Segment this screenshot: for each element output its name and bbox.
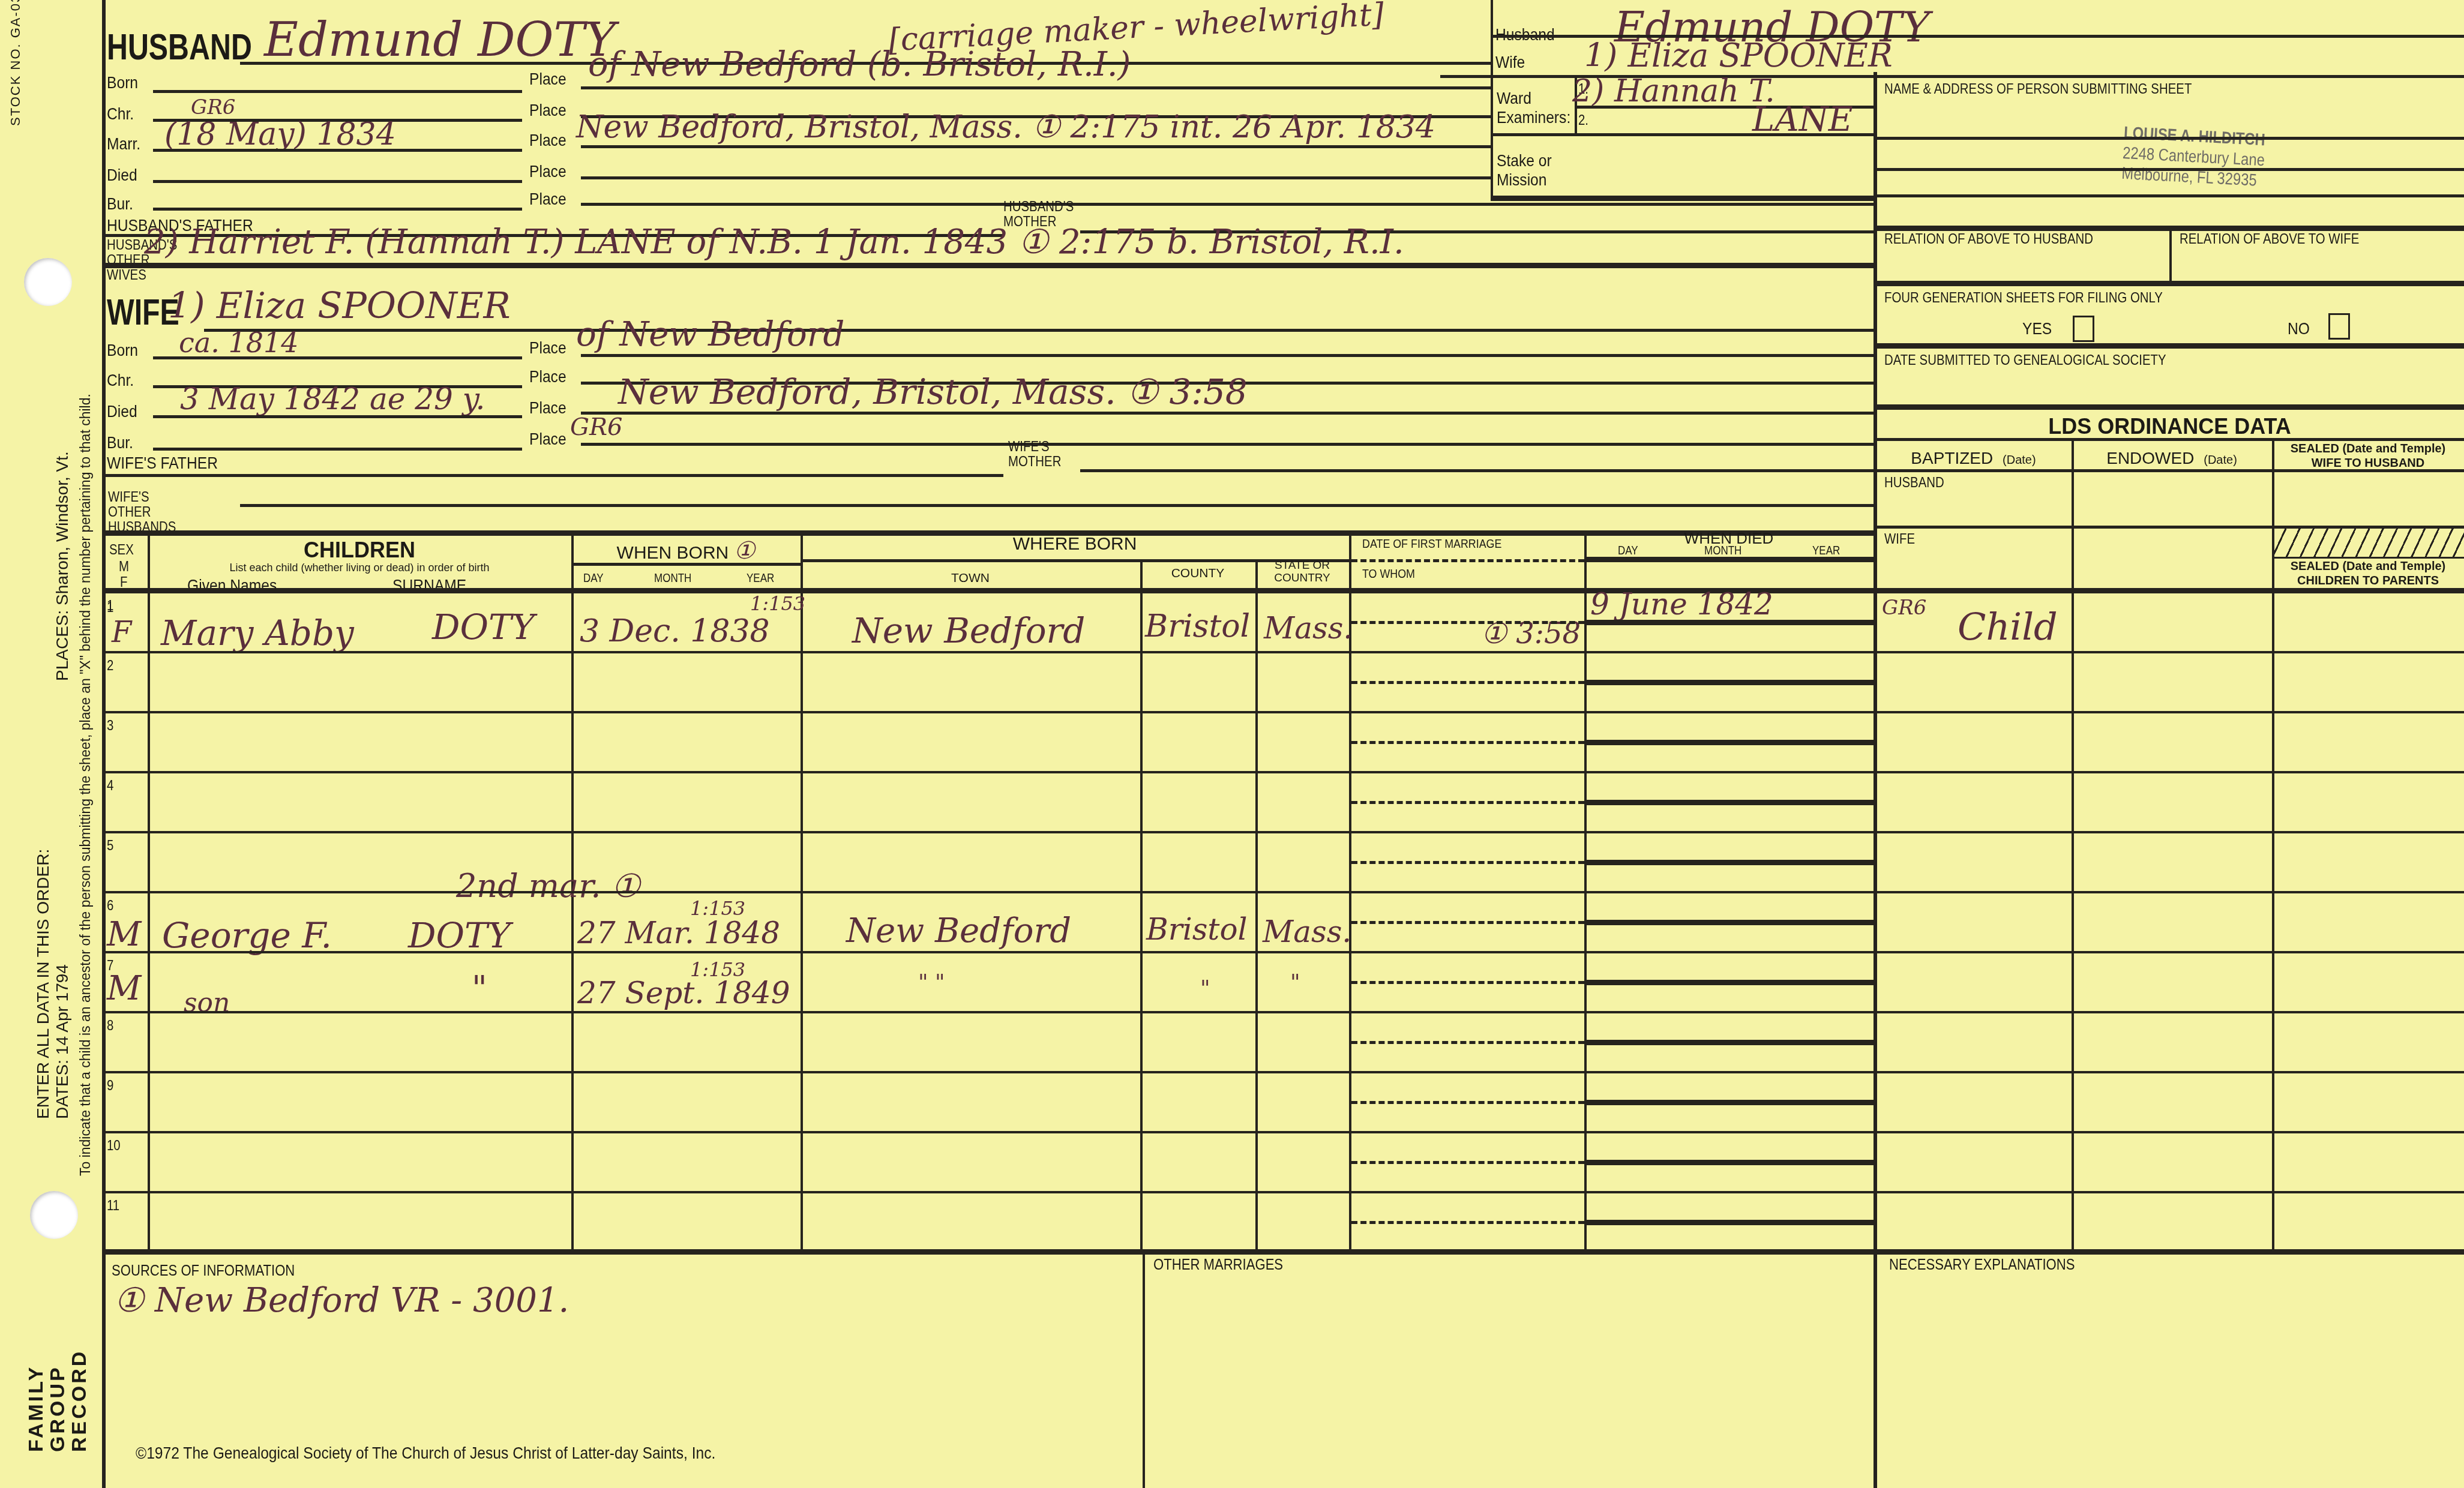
- husband-bur-place-line: [581, 203, 1874, 206]
- death-date-box-side: [1584, 771, 1587, 802]
- date-submitted-label: DATE SUBMITTED TO GENEALOGICAL SOCIETY: [1884, 353, 2166, 368]
- child-row-divider: [103, 711, 2464, 713]
- child-row-number: 10: [107, 1138, 121, 1153]
- county-label: COUNTY: [1140, 566, 1255, 581]
- when-died-line: [1584, 557, 1874, 562]
- wife-born-label: Born: [107, 342, 138, 359]
- wife-mother-label: WIFE'S MOTHER: [1008, 439, 1065, 469]
- endowed-header: ENDOWED (Date): [2072, 449, 2272, 468]
- death-date-box-line: [1584, 1160, 1874, 1165]
- child-sex[interactable]: F: [112, 618, 131, 647]
- wife-father-line: [103, 474, 1003, 477]
- baptized-header: BAPTIZED (Date): [1875, 449, 2072, 468]
- first-marriage-dash: [1351, 621, 1584, 624]
- examiner2-num: 2.: [1578, 113, 1588, 128]
- town-label: TOWN: [801, 571, 1140, 586]
- first-marriage-dash: [1351, 1161, 1584, 1164]
- form-title-line1: FAMILY: [25, 1349, 47, 1452]
- child-birth-date[interactable]: 27 Sept. 1849: [577, 978, 790, 1008]
- examiner2-line: [1491, 133, 1874, 136]
- relation-divider: [2169, 228, 2172, 283]
- husband-chr-label: Chr.: [107, 106, 134, 122]
- death-date-box-line: [1584, 680, 1874, 685]
- first-marriage-dash: [1351, 741, 1584, 744]
- county-col-divider: [1255, 561, 1258, 1251]
- death-date-box-line: [1584, 860, 1874, 865]
- lds-wife-label: WIFE: [1884, 532, 1915, 547]
- child-surname[interactable]: DOTY: [432, 610, 535, 644]
- child-given-names[interactable]: Mary Abby: [161, 616, 354, 650]
- child-row-divider: [103, 831, 2464, 833]
- baptized-date-label: (Date): [2003, 454, 2036, 467]
- wife-born-line: [153, 356, 522, 359]
- sealed-wh-header: SEALED (Date and Temple) WIFE TO HUSBAND: [2272, 442, 2464, 470]
- submitter-line1: [1875, 137, 2464, 140]
- husband-died-line: [153, 180, 522, 183]
- child-birth-state[interactable]: ": [1290, 972, 1300, 994]
- child-row-number: 1: [107, 598, 113, 613]
- wife-born-place-line: [581, 354, 1874, 357]
- child-surname[interactable]: DOTY: [408, 918, 511, 953]
- relation-wife-label: RELATION OF ABOVE TO WIFE: [2180, 232, 2359, 247]
- child-given-names[interactable]: George F.: [162, 918, 332, 953]
- husband-bur-line: [153, 208, 522, 211]
- child-row-divider: [103, 651, 2464, 653]
- child-surname[interactable]: ": [472, 972, 487, 1006]
- child-row-number: 2: [107, 658, 113, 673]
- when-born-line: [571, 563, 801, 566]
- husband-marr-label: Marr.: [107, 136, 140, 152]
- child-row-number: 5: [107, 838, 113, 853]
- wife-name-line: [204, 329, 1874, 332]
- child-birth-state[interactable]: Mass.: [1264, 613, 1353, 643]
- submitter-line2: [1875, 168, 2464, 171]
- husband-chr-place-label: Place: [529, 102, 566, 119]
- examiner2[interactable]: LANE: [1752, 103, 1853, 137]
- baptized-label: BAPTIZED: [1911, 449, 1993, 467]
- wife-bur-line: [153, 448, 522, 451]
- sex-label: SEX: [109, 542, 134, 557]
- places-example: PLACES: Sharon, Windsor, Vt.: [54, 451, 71, 681]
- info-wife-label: Wife: [1495, 54, 1525, 71]
- wife-other-husbands-line: [240, 504, 1874, 507]
- husband-marr-place-line: [581, 145, 1491, 148]
- died-month-label: MONTH: [1704, 545, 1741, 557]
- husband-died-label: Died: [107, 167, 137, 184]
- child-birth-town[interactable]: " ": [918, 972, 945, 994]
- children-header-bottom: [103, 588, 2464, 593]
- sealed-wh-label1: SEALED (Date and Temple): [2272, 442, 2464, 456]
- wife-died-place-line: [581, 412, 1874, 415]
- children-note: List each child (whether living or dead)…: [148, 562, 571, 574]
- sex-m-label: M: [119, 559, 129, 574]
- wife-bur-place[interactable]: GR6: [570, 415, 623, 439]
- death-date-box-side: [1584, 951, 1587, 982]
- death-date-box-side: [1584, 831, 1587, 862]
- form-title: FAMILY GROUP RECORD: [25, 1349, 90, 1452]
- death-date-box-line: [1584, 1220, 1874, 1225]
- child-sex[interactable]: M: [107, 972, 141, 1006]
- form-title-line3: RECORD: [68, 1349, 90, 1452]
- yes-label: YES: [2022, 320, 2052, 337]
- death-date-box-side: [1584, 711, 1587, 742]
- when-born-source-note: ①: [734, 537, 756, 565]
- town-col-divider: [1140, 561, 1143, 1251]
- child-birth-county[interactable]: ": [1200, 978, 1210, 1000]
- died-year-label: YEAR: [1812, 545, 1840, 557]
- husband-born-place[interactable]: of New Bedford (b. Bristol, R.I.): [588, 48, 1131, 82]
- no-checkbox[interactable]: [2328, 313, 2350, 340]
- lds-top: [1875, 404, 2464, 410]
- child-birth-ref: 1:153: [750, 594, 805, 613]
- children-heading: CHILDREN: [148, 538, 571, 563]
- ward-label: Ward: [1497, 90, 1531, 107]
- husband-born-place-line: [581, 86, 1491, 89]
- death-date-box-side: [1584, 1011, 1587, 1042]
- wife-died-line: [153, 415, 522, 418]
- explanations-label: NECESSARY EXPLANATIONS: [1889, 1256, 2075, 1273]
- death-date-box-side: [1584, 1071, 1587, 1102]
- four-gen-top: [1875, 281, 2464, 286]
- husband-born-line: [153, 90, 522, 93]
- sealed-cp-header: SEALED (Date and Temple) CHILDREN TO PAR…: [2272, 559, 2464, 588]
- dates-example: DATES: 14 Apr 1794: [54, 964, 71, 1119]
- yes-checkbox[interactable]: [2073, 316, 2094, 342]
- death-date-box-line: [1584, 740, 1874, 745]
- child-birth-date[interactable]: 3 Dec. 1838: [580, 616, 770, 647]
- submitter-label: NAME & ADDRESS OF PERSON SUBMITTING SHEE…: [1884, 82, 2192, 97]
- child-row-number: 9: [107, 1078, 113, 1093]
- copyright: ©1972 The Genealogical Society of The Ch…: [136, 1445, 715, 1462]
- child-birth-state[interactable]: Mass.: [1263, 917, 1351, 947]
- child-endowed[interactable]: Child: [1958, 608, 2058, 646]
- submitter-stamp: LOUISE A. HILDITCH 2248 Canterbury Lane …: [2121, 122, 2267, 191]
- first-marriage-label: DATE OF FIRST MARRIAGE: [1362, 538, 1501, 551]
- no-label: NO: [2288, 320, 2310, 337]
- child-row-number: 8: [107, 1018, 113, 1033]
- husband-heading: HUSBAND: [107, 29, 252, 66]
- form-title-line2: GROUP: [47, 1349, 68, 1452]
- child-death-date[interactable]: 9 June 1842: [1590, 589, 1773, 619]
- death-date-box-line: [1584, 920, 1874, 925]
- husband-born-place-label: Place: [529, 71, 566, 88]
- wife-born-place[interactable]: of New Bedford: [576, 318, 844, 352]
- sealed-cp-label1: SEALED (Date and Temple): [2272, 559, 2464, 574]
- when-born-header: WHEN BORN ①: [571, 539, 801, 563]
- husband-bur-place-label: Place: [529, 191, 566, 208]
- death-date-box-line: [1584, 620, 1874, 625]
- stake-label: Stake or: [1497, 152, 1552, 169]
- lds-title: LDS ORDINANCE DATA: [1875, 414, 2464, 439]
- first-marriage-dash: [1351, 1101, 1584, 1104]
- sources-label: SOURCES OF INFORMATION: [112, 1262, 295, 1279]
- child-row-divider: [103, 1191, 2464, 1193]
- husband-marr[interactable]: (18 May) 1834: [164, 119, 396, 150]
- other-marriages-divider: [1143, 1252, 1145, 1488]
- child-birth-county[interactable]: Bristol: [1145, 611, 1250, 642]
- state-label: STATE OR COUNTRY: [1255, 559, 1349, 584]
- four-gen-label: FOUR GENERATION SHEETS FOR FILING ONLY: [1884, 290, 2163, 305]
- wife-died-place-label: Place: [529, 400, 566, 416]
- child-row-number: 7: [107, 958, 113, 973]
- wife-chr-place-label: Place: [529, 368, 566, 385]
- wife-bur-place-line: [581, 443, 1874, 446]
- husband-chr[interactable]: GR6: [191, 97, 235, 118]
- death-date-box-side: [1584, 891, 1587, 922]
- wife-mother-line: [1080, 469, 1874, 472]
- death-date-box-side: [1584, 651, 1587, 682]
- husband-marr-line: [153, 149, 522, 152]
- first-marriage-dash: [1351, 1221, 1584, 1224]
- born-year-label: YEAR: [747, 572, 774, 585]
- husband-died-place-line: [581, 176, 1491, 179]
- examiner1[interactable]: 2) Hannah T.: [1572, 76, 1775, 107]
- husband-name[interactable]: Edmund DOTY: [264, 17, 616, 64]
- other-marriages-label: OTHER MARRIAGES: [1153, 1256, 1283, 1273]
- wife-name[interactable]: 1) Eliza SPOONER: [168, 288, 511, 324]
- wife-born-place-label: Place: [529, 340, 566, 356]
- child-row-number: 4: [107, 778, 113, 793]
- sealed-wh-label2: WIFE TO HUSBAND: [2272, 456, 2464, 470]
- wife-bur-place-label: Place: [529, 431, 566, 448]
- left-border: [102, 0, 106, 1488]
- hatch-bottom-line: [2272, 557, 2464, 559]
- endowed-date-label: (Date): [2204, 454, 2237, 467]
- lds-col-divider1: [2072, 438, 2074, 1251]
- child-row-divider: [103, 1071, 2464, 1073]
- first-marriage-dash: [1351, 981, 1584, 984]
- husband-bur-label: Bur.: [107, 196, 133, 212]
- child-birth-date[interactable]: 27 Mar. 1848: [577, 918, 780, 948]
- child-row-number: 3: [107, 718, 113, 733]
- death-date-box-line: [1584, 980, 1874, 985]
- death-date-box-side: [1584, 1191, 1587, 1222]
- death-date-box-side: [1584, 1131, 1587, 1162]
- state-label1: STATE OR: [1255, 559, 1349, 572]
- where-born-label: WHERE BORN: [801, 534, 1349, 554]
- punch-hole-top: [24, 258, 72, 306]
- punch-hole-bottom: [30, 1191, 78, 1239]
- when-born-label: WHEN BORN: [617, 543, 729, 563]
- husband-born-label: Born: [107, 74, 138, 91]
- wife-died[interactable]: 3 May 1842 ae 29 y.: [180, 384, 485, 414]
- sources-text[interactable]: ① New Bedford VR - 3001.: [114, 1284, 569, 1318]
- death-date-box-side: [1584, 591, 1587, 622]
- husband-marr-place-label: Place: [529, 132, 566, 149]
- wife-died-place[interactable]: New Bedford, Bristol, Mass. ① 3:58: [618, 374, 1248, 409]
- death-date-box-line: [1584, 1040, 1874, 1045]
- child-row-divider: [103, 1011, 2464, 1013]
- death-date-box-line: [1584, 1100, 1874, 1105]
- submitter-line3: [1875, 194, 2464, 197]
- child-baptized[interactable]: GR6: [1882, 598, 1926, 618]
- husband-died-place-label: Place: [529, 163, 566, 180]
- lds-title-line: [1875, 438, 2464, 441]
- first-marriage-dash: [1351, 681, 1584, 684]
- born-month-label: MONTH: [654, 572, 691, 585]
- enter-order-label: ENTER ALL DATA IN THIS ORDER:: [35, 849, 52, 1119]
- husband-section-divider: [103, 263, 1874, 268]
- first-marriage-dash: [1351, 1041, 1584, 1044]
- child-birth-county[interactable]: Bristol: [1146, 914, 1247, 944]
- row5-annotation: 2nd mar. ①: [456, 870, 640, 902]
- husband-marr-place[interactable]: New Bedford, Bristol, Mass. ① 2:175 int.…: [576, 112, 1435, 143]
- child-row-number: 6: [107, 898, 113, 913]
- examiners-label: Examiners:: [1497, 109, 1570, 126]
- death-date-box-line: [1584, 800, 1874, 805]
- relation-husband-label: RELATION OF ABOVE TO HUSBAND: [1884, 232, 2093, 247]
- husband-right-border: [1491, 0, 1493, 198]
- sealed-hatched-area: [2273, 528, 2464, 558]
- wife-chr-label: Chr.: [107, 372, 134, 389]
- endowed-label: ENDOWED: [2106, 449, 2194, 467]
- child-birth-town[interactable]: New Bedford: [846, 914, 1071, 948]
- ancestor-note: To indicate that a child is an ancestor …: [78, 394, 92, 1176]
- first-marriage-dash: [1351, 861, 1584, 864]
- lds-husband-label: HUSBAND: [1884, 475, 1944, 490]
- wife-bur-label: Bur.: [107, 434, 133, 451]
- died-day-label: DAY: [1618, 545, 1638, 557]
- husband-other-wives[interactable]: 2) Harriet F. (Hannah T.) LANE of N.B. 1…: [144, 226, 1404, 259]
- date-submitted-top: [1875, 343, 2464, 349]
- stock-number: STOCK NO. GA-032: [8, 0, 22, 126]
- info-box-bottom: [1491, 196, 1874, 201]
- child-sex[interactable]: M: [107, 918, 141, 952]
- child-row-divider: [103, 891, 2464, 893]
- child-row-divider: [103, 771, 2464, 773]
- bottom-section-top: [103, 1249, 2464, 1255]
- first-marriage-dash: [1351, 921, 1584, 924]
- info-wife[interactable]: 1) Eliza SPOONER: [1584, 40, 1893, 72]
- child-birth-town[interactable]: New Bedford: [852, 613, 1085, 648]
- wife-other-husbands-label: WIFE'S OTHER HUSBANDS: [108, 490, 185, 535]
- child-row-number: 11: [107, 1198, 119, 1213]
- child-row-divider: [103, 951, 2464, 953]
- first-marriage-dash: [1351, 801, 1584, 804]
- lds-header-line: [1875, 469, 2464, 472]
- state-label2: COUNTRY: [1255, 572, 1349, 584]
- child-row-divider: [103, 1131, 2464, 1133]
- wife-father-label: WIFE'S FATHER: [107, 455, 218, 472]
- to-whom-label: TO WHOM: [1362, 568, 1415, 581]
- first-marriage-dash: [1351, 559, 1584, 562]
- mission-label: Mission: [1497, 172, 1547, 188]
- wife-born[interactable]: ca. 1814: [179, 329, 299, 356]
- born-day-label: DAY: [583, 572, 604, 585]
- sealed-cp-label2: CHILDREN TO PARENTS: [2272, 574, 2464, 588]
- wife-died-label: Died: [107, 403, 137, 420]
